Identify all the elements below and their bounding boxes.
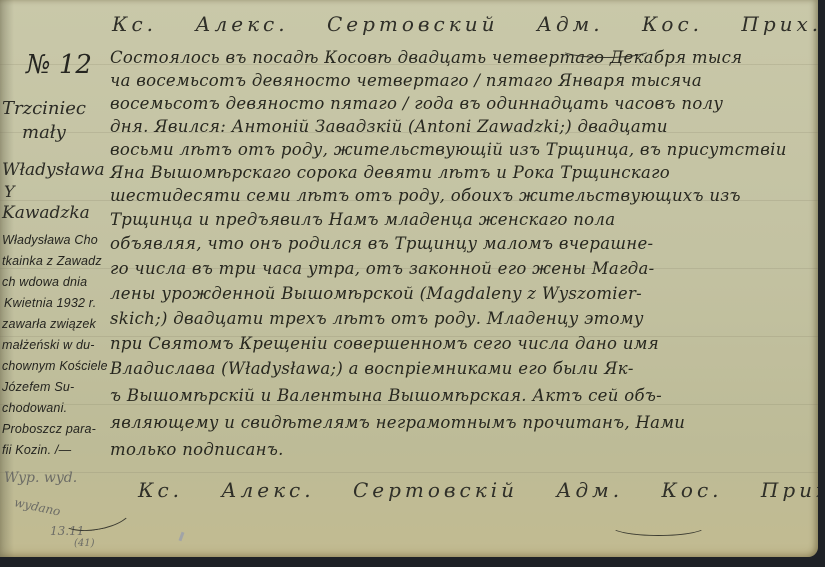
margin-annotation-line: ch wdowa dnia xyxy=(2,275,87,289)
margin-annotation-line: Kwietnia 1932 r. xyxy=(4,296,96,310)
margin-child-name: Władysława xyxy=(2,160,105,180)
signature-flourish xyxy=(610,516,707,536)
margin-annotation-line: chodowani. xyxy=(2,401,67,415)
margin-village-note: mały xyxy=(22,122,66,143)
margin-surname: Kawadzka xyxy=(2,203,90,223)
body-line: при Святомъ Крещеніи совершенномъ сего ч… xyxy=(110,334,659,353)
margin-annotation-line: małżeński w du- xyxy=(2,338,95,352)
body-line: только подписанъ. xyxy=(110,440,284,459)
document-page: Кс. Алекс. Сертовский Адм. Кос. Прих. № … xyxy=(0,0,818,557)
margin-annotation-line: zawarła związek xyxy=(2,317,96,331)
margin-annotation-line: Proboszcz para- xyxy=(2,422,96,436)
footer-signature: Кс. Алекс. Сертовскій Адм. Кос. Прих. xyxy=(138,478,818,502)
body-line: шестидесяти семи лѣтъ отъ роду, обоихъ ж… xyxy=(110,186,741,205)
margin-annotation-line: Władysława Cho xyxy=(2,233,98,247)
margin-annotation-line: Józefem Su- xyxy=(2,380,74,394)
body-line: Владислава (Władysława;) а воспріемникам… xyxy=(110,359,634,378)
margin-annotation-line: chownym Kościele xyxy=(2,359,108,373)
body-line: объявляя, что онъ родился въ Трщинцу мал… xyxy=(110,234,653,253)
margin-village: Trzciniec xyxy=(2,98,86,119)
body-line: Яна Вышомѣрскаго сорока девяти лѣтъ и Ро… xyxy=(110,163,670,182)
margin-and: Y xyxy=(4,182,15,201)
body-line: дня. Явился: Антоній Завадзкій (Antoni Z… xyxy=(110,117,668,136)
pencil-note: (41) xyxy=(74,538,95,549)
ink-stain xyxy=(179,532,185,541)
body-line: го числа въ три часа утра, отъ законной … xyxy=(110,259,654,278)
header-signature: Кс. Алекс. Сертовский Адм. Кос. Прих. xyxy=(112,12,818,36)
body-line: восьми лѣтъ отъ роду, жительствующій изъ… xyxy=(110,140,787,159)
body-line: лены урожденной Вышомѣрской (Magdaleny z… xyxy=(110,284,642,303)
margin-annotation-line: tkainka z Zawadz xyxy=(2,254,102,268)
entry-number: № 12 xyxy=(26,50,92,80)
body-line: являющему и свидѣтелямъ неграмотнымъ про… xyxy=(110,413,685,432)
body-line: Трщинца и предъявилъ Намъ младенца женск… xyxy=(110,210,615,229)
pencil-note: Wyp. wyd. xyxy=(4,470,77,486)
pencil-note: wydano xyxy=(13,495,62,518)
body-line: Состоялось въ посадѣ Косовѣ двадцать чет… xyxy=(110,48,742,67)
body-line: skich;) двадцати трехъ лѣтъ отъ роду. Мл… xyxy=(110,309,644,328)
body-line: ъ Вышомѣрскій и Валентына Вышомѣрская. А… xyxy=(110,386,662,405)
body-line: ча восемьсотъ девяносто четвертаго / пят… xyxy=(110,71,702,90)
margin-annotation-line: fii Kozin. /— xyxy=(2,443,71,457)
body-line: восемьсотъ девяносто пятаго / года въ од… xyxy=(110,94,723,113)
